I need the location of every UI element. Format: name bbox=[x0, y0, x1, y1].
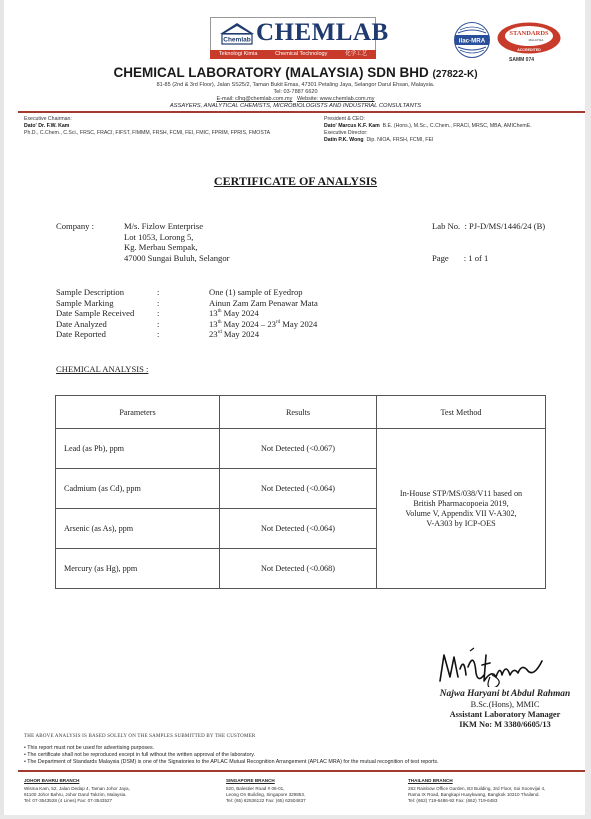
page-edge-bottom bbox=[0, 815, 591, 819]
executive-chairman-block: Executive Chairman: Dato' Dr. F.W. Kam P… bbox=[24, 116, 270, 137]
company-website-link[interactable]: Website: www.chemlab.com.my bbox=[297, 96, 375, 102]
column-header-results: Results bbox=[220, 396, 377, 429]
detail-row-date-reported: Date Reported : 23rd May 2024 bbox=[56, 329, 318, 340]
svg-text:STANDARDS: STANDARDS bbox=[509, 30, 549, 37]
standards-malaysia-logo: STANDARDS MALAYSIA ACCREDITED bbox=[496, 21, 562, 55]
logo-tagline-strip: Teknologi Kimia Chemical Technology 化学工艺 bbox=[210, 50, 376, 59]
analysis-table: Parameters Results Test Method Lead (as … bbox=[55, 395, 546, 589]
chemlab-house-icon: Chemlab bbox=[219, 22, 255, 46]
svg-text:ilac·MRA: ilac·MRA bbox=[459, 38, 486, 45]
certificate-title: CERTIFICATE OF ANALYSIS bbox=[0, 174, 591, 189]
company-tel: Tel: 03-7887 6620 bbox=[0, 89, 591, 95]
svg-text:ACCREDITED: ACCREDITED bbox=[517, 48, 541, 52]
parameter-cell: Mercury (as Hg), ppm bbox=[56, 549, 220, 589]
lab-number: Lab No. : PJ-D/MS/1446/24 (B) bbox=[432, 221, 545, 232]
logo-wordmark: CHEMLAB bbox=[256, 19, 389, 47]
signatory-qualifications: B.Sc.(Hons), MMIC bbox=[380, 700, 591, 710]
column-header-test-method: Test Method bbox=[377, 396, 546, 429]
result-cell: Not Detected (<0.064) bbox=[220, 509, 377, 549]
note-item: • This report must not be used for adver… bbox=[24, 745, 439, 752]
signature-mark bbox=[430, 647, 560, 687]
director-name: Datin P.K. Wong bbox=[324, 137, 364, 143]
branch-singapore: SINGAPORE BRANCH 520, Balestier Road # 0… bbox=[226, 778, 306, 804]
footer-notes: • This report must not be used for adver… bbox=[24, 745, 439, 766]
footer-divider bbox=[18, 770, 585, 772]
client-address-block: M/s. Fizlow Enterprise Lot 1053, Lorong … bbox=[124, 221, 230, 263]
sample-details: Sample Description : One (1) sample of E… bbox=[56, 287, 318, 340]
analysis-disclaimer: THE ABOVE ANALYSIS IS BASED SOLELY ON TH… bbox=[24, 734, 255, 739]
president-ceo-block: President & CEO: Dato' Marcus K.F. Kam B… bbox=[324, 116, 532, 144]
company-email-link[interactable]: E-mail: clhq@chemlab.com.my bbox=[216, 96, 292, 102]
chemical-analysis-heading: CHEMICAL ANALYSIS : bbox=[56, 364, 148, 374]
ceo-name: Dato' Marcus K.F. Kam bbox=[324, 123, 380, 129]
branch-thailand: THAILAND BRANCH 282 Rainbow Office Garde… bbox=[408, 778, 545, 804]
result-cell: Not Detected (<0.064) bbox=[220, 469, 377, 509]
svg-text:MALAYSIA: MALAYSIA bbox=[529, 38, 544, 42]
detail-row-sample-marking: Sample Marking : Ainun Zam Zam Penawar M… bbox=[56, 298, 318, 309]
page-number: Page : 1 of 1 bbox=[432, 253, 488, 264]
note-item: • The Department of Standards Malaysia (… bbox=[24, 759, 439, 766]
ilac-mra-logo: ilac·MRA bbox=[453, 21, 491, 59]
page-edge-left bbox=[0, 0, 4, 819]
result-cell: Not Detected (<0.067) bbox=[220, 429, 377, 469]
test-method-cell: In-House STP/MS/038/V11 based on British… bbox=[377, 429, 546, 589]
chairman-name: Dato' Dr. F.W. Kam bbox=[24, 123, 69, 129]
result-cell: Not Detected (<0.068) bbox=[220, 549, 377, 589]
signatory-ikm-number: IKM No: M 3380/6605/13 bbox=[380, 720, 591, 730]
detail-row-date-received: Date Sample Received : 13th May 2024 bbox=[56, 308, 318, 319]
detail-row-sample-description: Sample Description : One (1) sample of E… bbox=[56, 287, 318, 298]
parameter-cell: Lead (as Pb), ppm bbox=[56, 429, 220, 469]
company-name: CHEMICAL LABORATORY (MALAYSIA) SDN BHD (… bbox=[0, 65, 591, 80]
logo-badge-text: Chemlab bbox=[223, 37, 250, 44]
company-reg-no: (27822-K) bbox=[433, 69, 478, 80]
company-label: Company : bbox=[56, 221, 94, 232]
signatory-title: Assistant Laboratory Manager bbox=[380, 710, 591, 720]
director-qualifications: Dip. NIOA, FRSH, FCMI, FEI bbox=[366, 137, 433, 143]
ceo-qualifications: B.E. (Hons.), M.Sc., C.Chem., FRACI, MRS… bbox=[383, 123, 532, 129]
parameter-cell: Cadmium (as Cd), ppm bbox=[56, 469, 220, 509]
company-address: 81-85 (2nd & 3rd Floor), Jalan SS25/2, T… bbox=[0, 82, 591, 88]
signatory-name: Najwa Haryani bt Abdul Rahman bbox=[380, 689, 591, 699]
column-header-parameters: Parameters bbox=[56, 396, 220, 429]
table-header-row: Parameters Results Test Method bbox=[56, 396, 546, 429]
branch-johor-bahru: JOHOR BAHRU BRANCH Wisma Kam, 52, Jalan … bbox=[24, 778, 130, 804]
parameter-cell: Arsenic (as As), ppm bbox=[56, 509, 220, 549]
samm-number: SAMM 074 bbox=[509, 57, 534, 63]
note-item: • The certificate shall not be reproduce… bbox=[24, 752, 439, 759]
company-contact: E-mail: clhq@chemlab.com.my Website: www… bbox=[0, 96, 591, 102]
header-divider bbox=[18, 111, 585, 113]
table-row: Lead (as Pb), ppm Not Detected (<0.067) … bbox=[56, 429, 546, 469]
company-tagline: ASSAYERS, ANALYTICAL CHEMISTS, MICROBIOL… bbox=[0, 103, 591, 109]
detail-row-date-analyzed: Date Analyzed : 13th May 2024 – 23rd May… bbox=[56, 319, 318, 330]
chairman-qualifications: Ph.D., C.Chem., C.Sci., FRSC, FRACI, FIF… bbox=[24, 130, 270, 137]
